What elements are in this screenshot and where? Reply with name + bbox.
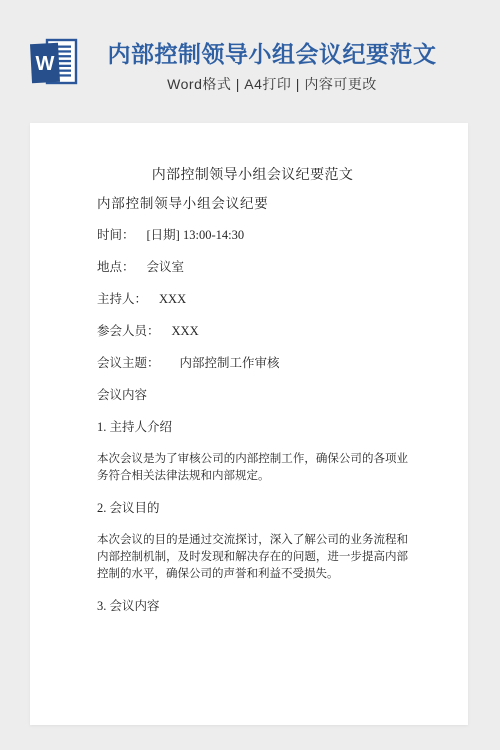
meta-label-attendees: 参会人员： [97,324,160,338]
meta-row-attendees: 参会人员：XXX [97,323,408,340]
meta-row-location: 地点：会议室 [97,259,408,276]
header-text: 内部控制领导小组会议纪要范文 Word格式 | A4打印 | 内容可更改 [44,41,500,94]
meta-label-location: 地点： [97,260,135,274]
meta-row-time: 时间：[日期] 13:00-14:30 [97,227,408,244]
meta-label-topic: 会议主题： [97,356,160,370]
meta-value-host: XXX [159,291,186,308]
section-3-heading: 3. 会议内容 [97,598,408,615]
document-centered-title: 内部控制领导小组会议纪要范文 [97,167,408,184]
content-label: 会议内容 [97,387,408,404]
section-1-body: 本次会议是为了审核公司的内部控制工作，确保公司的各项业务符合相关法律法规和内部规… [97,451,408,485]
page-subtitle: Word格式 | A4打印 | 内容可更改 [44,74,500,94]
meta-label-time: 时间： [97,228,135,242]
meta-value-topic: 内部控制工作审核 [180,355,280,372]
document-heading-line: 内部控制领导小组会议纪要 [97,195,408,212]
header: W 内部控制领导小组会议纪要范文 Word格式 | A4打印 | 内容可更改 [0,0,500,123]
section-1-heading: 1. 主持人介绍 [97,419,408,436]
document-page: 内部控制领导小组会议纪要范文 内部控制领导小组会议纪要 时间：[日期] 13:0… [30,123,468,725]
meta-value-time: [日期] 13:00-14:30 [147,227,245,244]
meta-value-attendees: XXX [172,323,199,340]
meta-row-topic: 会议主题：内部控制工作审核 [97,355,408,372]
meta-label-host: 主持人： [97,292,147,306]
page-title: 内部控制领导小组会议纪要范文 [44,41,500,67]
section-2-body: 本次会议的目的是通过交流探讨，深入了解公司的业务流程和内部控制机制，及时发现和解… [97,532,408,583]
meta-row-host: 主持人：XXX [97,291,408,308]
section-2-heading: 2. 会议目的 [97,500,408,517]
meta-value-location: 会议室 [147,259,185,276]
